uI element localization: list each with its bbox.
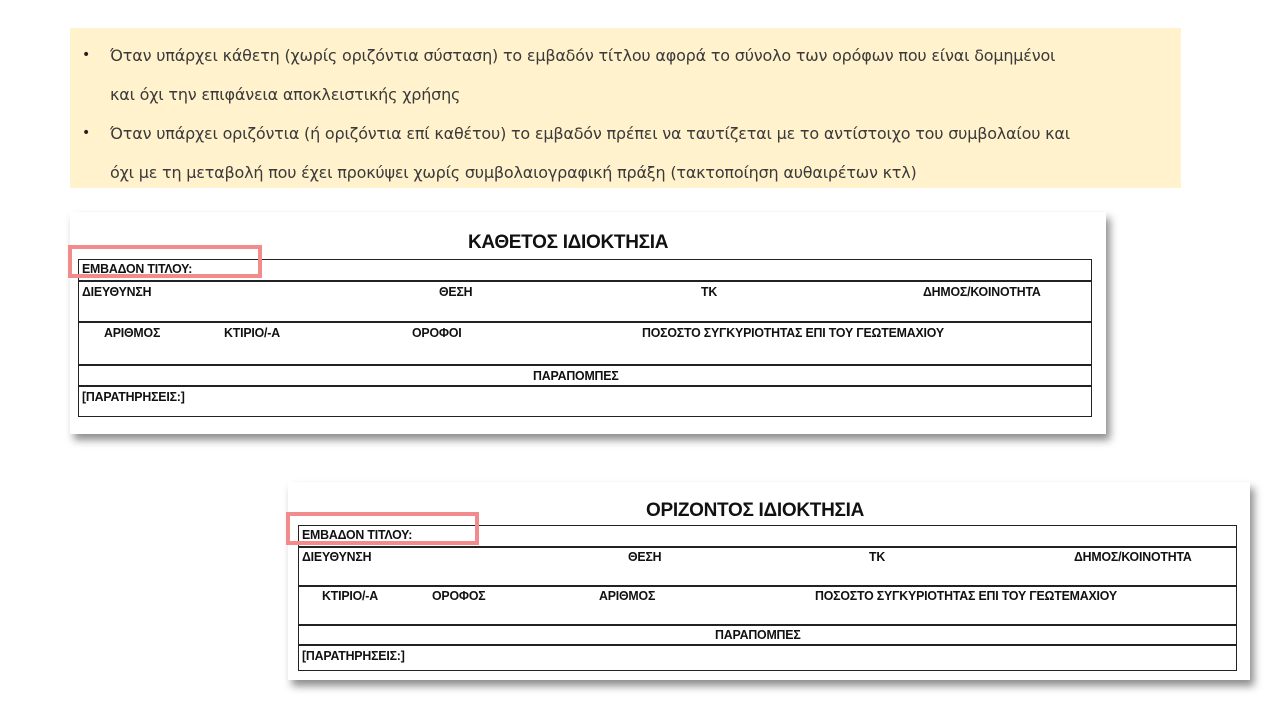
divider [79, 385, 1091, 387]
number-label: ΑΡΙΘΜΟΣ [599, 588, 655, 603]
remarks-label: [ΠΑΡΑΤΗΡΗΣΕΙΣ:] [302, 648, 405, 663]
note-line: όχι με τη μεταβολή που έχει προκύψει χωρ… [110, 153, 1161, 192]
coownership-label: ΠΟΣΟΣΤΟ ΣΥΓΚΥΡΙΟΤΗΤΑΣ ΕΠΙ ΤΟΥ ΓΕΩΤΕΜΑΧΙΟ… [815, 588, 1117, 603]
form-grid: ΕΜΒΑΔΟΝ ΤΙΤΛΟΥ: ΔΙΕΥΘΥΝΣΗ ΘΕΣΗ ΤΚ ΔΗΜΟΣ/… [298, 525, 1237, 671]
municipality-label: ΔΗΜΟΣ/ΚΟΙΝΟΤΗΤΑ [1074, 549, 1192, 564]
divider [299, 546, 1236, 548]
bullet-icon: • [82, 114, 90, 153]
address-label: ΔΙΕΥΘΥΝΣΗ [82, 284, 151, 299]
floor-label: ΟΡΟΦΟΣ [432, 588, 485, 603]
note-line: Όταν υπάρχει κάθετη (χωρίς οριζόντια σύσ… [110, 36, 1161, 75]
remarks-label: [ΠΑΡΑΤΗΡΗΣΕΙΣ:] [82, 389, 185, 404]
divider [79, 280, 1091, 282]
form-title: ΟΡΙΖΟΝΤΟΣ ΙΔΙΟΚΤΗΣΙΑ [646, 500, 864, 522]
divider [79, 364, 1091, 366]
note-line: Όταν υπάρχει οριζόντια (ή οριζόντια επί … [110, 114, 1161, 153]
building-label: ΚΤΙΡΙΟ/-Α [224, 325, 280, 340]
area-label-highlight [68, 245, 262, 278]
notes-box: • Όταν υπάρχει κάθετη (χωρίς οριζόντια σ… [70, 28, 1181, 188]
divider [299, 585, 1236, 587]
postal-code-label: ΤΚ [701, 284, 717, 299]
number-label: ΑΡΙΘΜΟΣ [104, 325, 160, 340]
floors-label: ΟΡΟΦΟΙ [412, 325, 461, 340]
form-title: ΚΑΘΕΤΟΣ ΙΔΙΟΚΤΗΣΙΑ [468, 232, 668, 254]
postal-code-label: ΤΚ [869, 549, 885, 564]
references-label: ΠΑΡΑΠΟΜΠΕΣ [715, 627, 801, 642]
note-line: και όχι την επιφάνεια αποκλειστικής χρήσ… [110, 75, 1161, 114]
address-label: ΔΙΕΥΘΥΝΣΗ [302, 549, 371, 564]
note-item: • Όταν υπάρχει κάθετη (χωρίς οριζόντια σ… [70, 36, 1181, 114]
municipality-label: ΔΗΜΟΣ/ΚΟΙΝΟΤΗΤΑ [923, 284, 1041, 299]
coownership-label: ΠΟΣΟΣΤΟ ΣΥΓΚΥΡΙΟΤΗΤΑΣ ΕΠΙ ΤΟΥ ΓΕΩΤΕΜΑΧΙΟ… [642, 325, 944, 340]
references-label: ΠΑΡΑΠΟΜΠΕΣ [533, 368, 619, 383]
divider [299, 644, 1236, 646]
divider [299, 624, 1236, 626]
position-label: ΘΕΣΗ [628, 549, 661, 564]
area-label-highlight [286, 512, 479, 545]
divider [79, 321, 1091, 323]
notes-list: • Όταν υπάρχει κάθετη (χωρίς οριζόντια σ… [70, 28, 1181, 192]
bullet-icon: • [82, 36, 90, 75]
form-grid: ΕΜΒΑΔΟΝ ΤΙΤΛΟΥ: ΔΙΕΥΘΥΝΣΗ ΘΕΣΗ ΤΚ ΔΗΜΟΣ/… [78, 259, 1092, 417]
note-item: • Όταν υπάρχει οριζόντια (ή οριζόντια επ… [70, 114, 1181, 192]
position-label: ΘΕΣΗ [439, 284, 472, 299]
building-label: ΚΤΙΡΙΟ/-Α [322, 588, 378, 603]
